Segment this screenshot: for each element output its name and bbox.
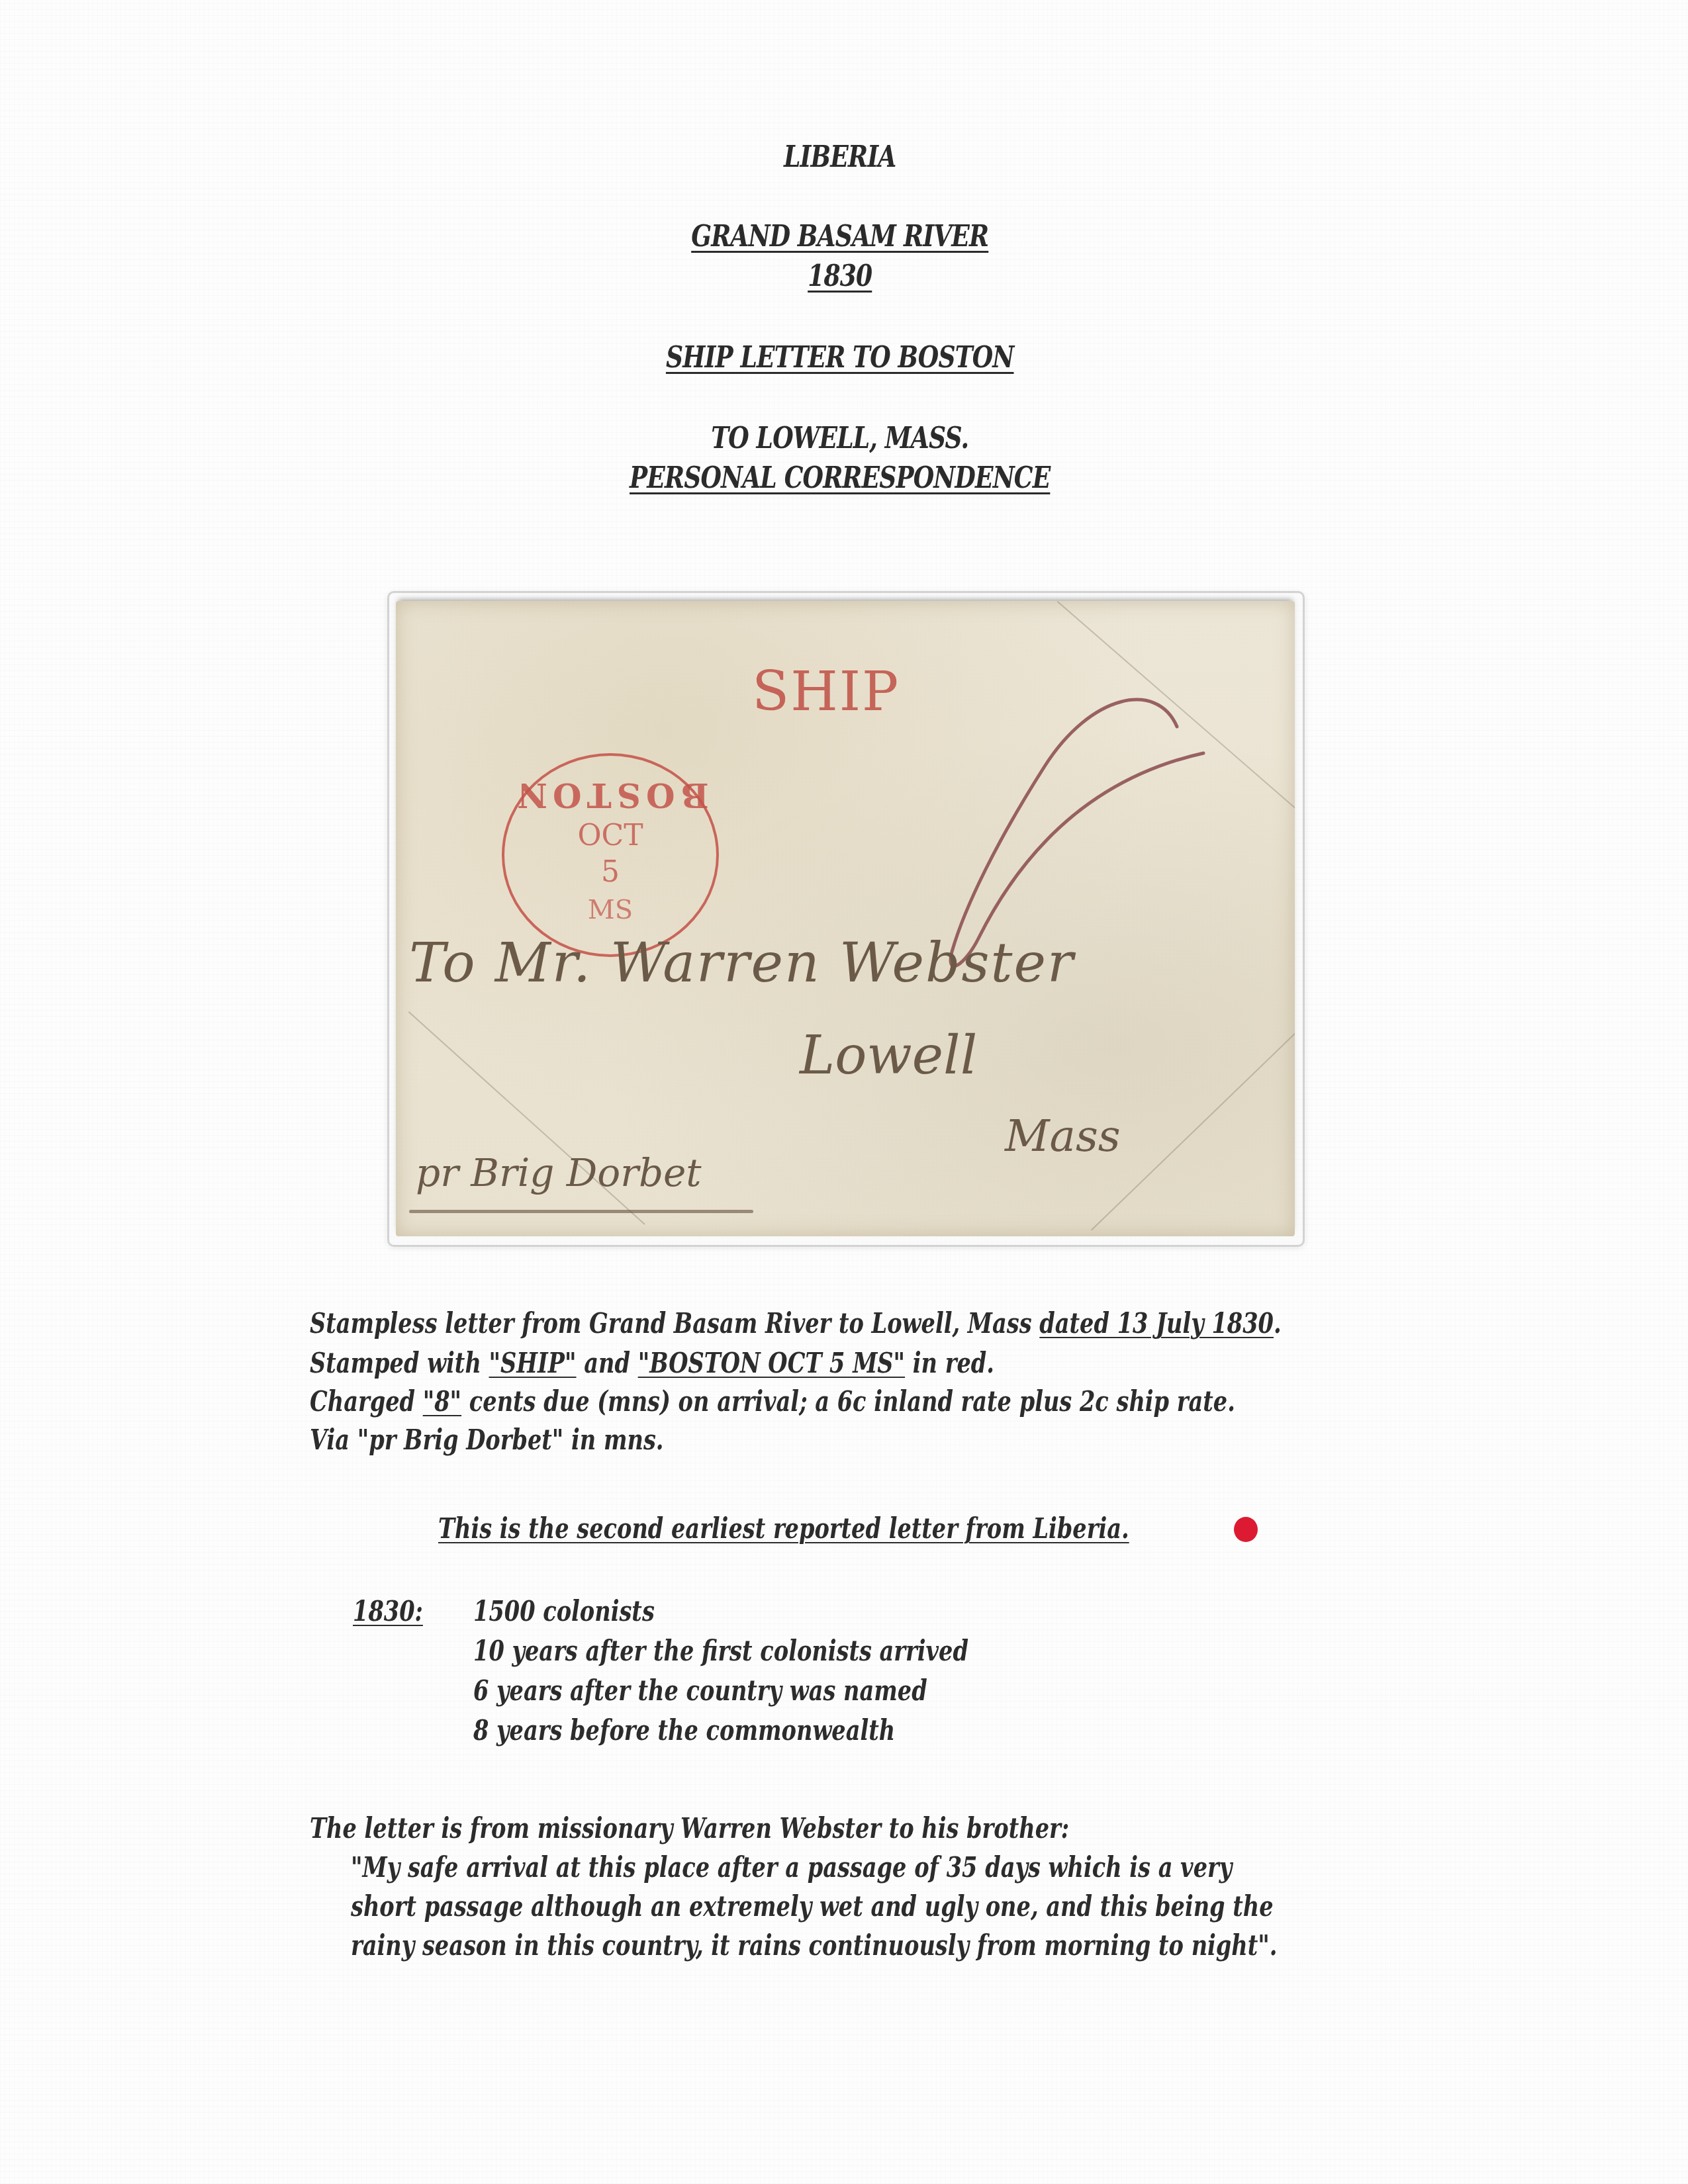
quote-text: rainy season in this country, it rains c… [351,1929,1277,1962]
description-line-2: Stamped with "SHIP" and "BOSTON OCT 5 MS… [310,1347,994,1379]
postmark-month: OCT [504,819,716,852]
line2-text: Stamped with [310,1347,489,1379]
origin-heading: GRAND BASAM RIVER [148,220,1532,253]
stamp-ship-ref: "SHIP" [489,1347,577,1379]
category-heading: PERSONAL CORRESPONDENCE [148,461,1532,495]
fact-item: 6 years after the country was named [473,1674,927,1707]
fact-item: 8 years before the commonwealth [473,1714,895,1747]
postmark-state: MS [504,895,716,925]
line4-text: Via "pr Brig Dorbet" in mns. [310,1424,664,1456]
letter-date: dated 13 July 1830 [1039,1307,1274,1340]
type-heading: SHIP LETTER TO BOSTON [148,341,1532,375]
address-recipient: To Mr. Warren Webster [409,932,1074,995]
description-line-4: Via "pr Brig Dorbet" in mns. [310,1424,664,1456]
quote-line: short passage although an extremely wet … [351,1890,1274,1923]
line2-mid: and [577,1347,638,1379]
category-text: PERSONAL CORRESPONDENCE [630,461,1050,495]
address-state: Mass [1005,1111,1121,1161]
fact-item: 1500 colonists [473,1595,655,1627]
line3-text: Charged [310,1385,423,1418]
page-title-country: LIBERIA [148,140,1532,174]
facts-year: 1830: [353,1595,423,1627]
fact-text: 1500 colonists [473,1595,655,1627]
fact-text: 8 years before the commonwealth [473,1714,895,1747]
destination-text: TO LOWELL, MASS. [711,422,968,455]
quote-line: "My safe arrival at this place after a p… [351,1851,1232,1884]
facts-label: 1830: [353,1595,423,1627]
year-heading: 1830 [148,259,1532,293]
year-text: 1830 [808,259,872,293]
origin-text: GRAND BASAM RIVER [691,220,988,253]
red-dot-marker-icon [1234,1517,1258,1542]
fact-text: 10 years after the first colonists arriv… [473,1635,968,1667]
fact-text: 6 years after the country was named [473,1674,927,1707]
line2-end: in red. [905,1347,994,1379]
letter-cover-image: SHIP BOSTON OCT 5 MS To Mr. Warren Webst… [396,601,1295,1236]
postmark-town: BOSTON [511,776,710,815]
fact-item: 10 years after the first colonists arriv… [473,1635,968,1667]
quote-intro-text: The letter is from missionary Warren Web… [310,1812,1069,1844]
line1-end: . [1274,1307,1282,1340]
boston-postmark: BOSTON OCT 5 MS [502,753,719,957]
description-line-3: Charged "8" cents due (mns) on arrival; … [310,1385,1235,1418]
ship-endorsement: pr Brig Dorbet [416,1150,702,1195]
line1-text: Stampless letter from Grand Basam River … [310,1307,1039,1340]
quote-intro: The letter is from missionary Warren Web… [310,1812,1069,1844]
ship-handstamp: SHIP [752,660,900,723]
endorsement-underline [409,1210,753,1213]
quote-line: rainy season in this country, it rains c… [351,1929,1277,1962]
destination-heading: TO LOWELL, MASS. [148,422,1532,455]
postmark-day: 5 [504,855,716,889]
address-city: Lowell [800,1024,977,1086]
quote-text: short passage although an extremely wet … [351,1890,1274,1923]
rarity-statement: This is the second earliest reported let… [438,1512,1129,1545]
rate-ref: "8" [423,1385,461,1418]
quote-text: "My safe arrival at this place after a p… [351,1851,1232,1884]
description-line-1: Stampless letter from Grand Basam River … [310,1307,1282,1340]
type-text: SHIP LETTER TO BOSTON [666,341,1014,375]
fold-line [1091,1009,1295,1231]
stamp-boston-ref: "BOSTON OCT 5 MS" [638,1347,906,1379]
country-text: LIBERIA [784,140,896,174]
line3-end: cents due (mns) on arrival; a 6c inland … [461,1385,1235,1418]
rarity-text: This is the second earliest reported let… [438,1512,1129,1545]
